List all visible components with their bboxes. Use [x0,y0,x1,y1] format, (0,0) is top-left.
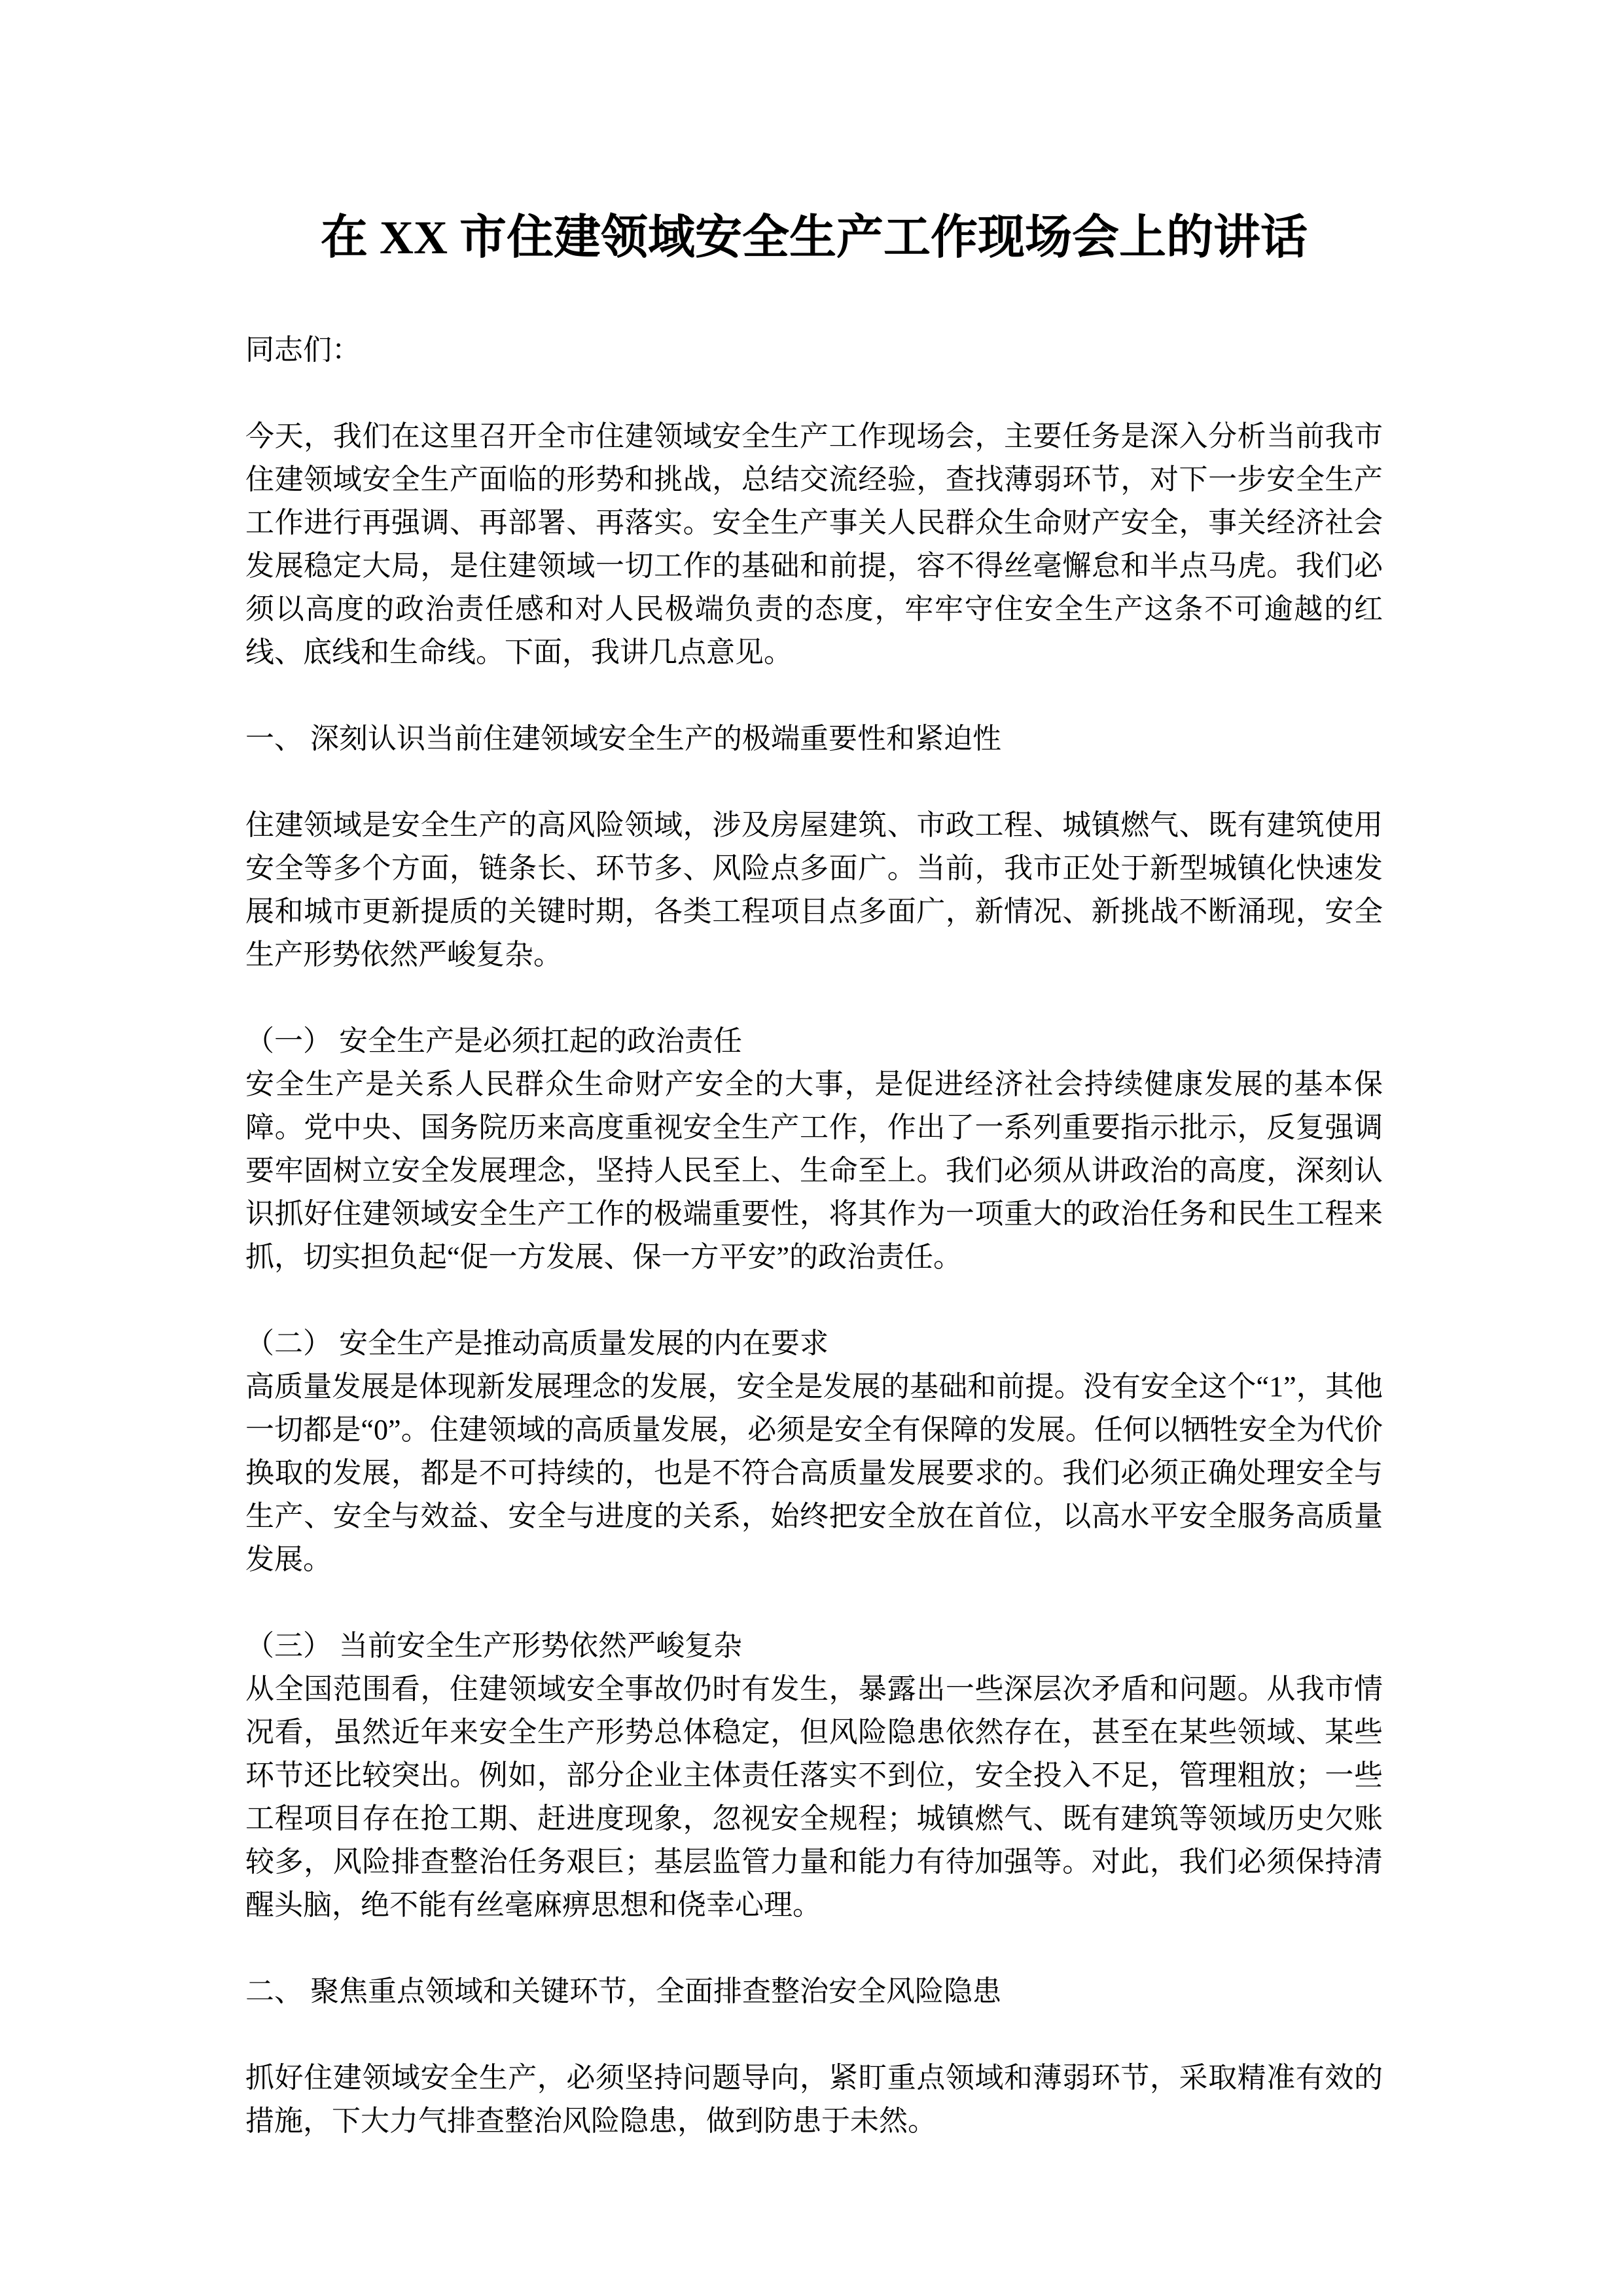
section-heading-1: 一、 深刻认识当前住建领域安全生产的极端重要性和紧迫性 [245,717,1383,761]
paragraph-1-1: 安全生产是关系人民群众生命财产安全的大事，是促进经济社会持续健康发展的基本保障。… [245,1063,1383,1279]
subsection-heading-1-3: （三） 当前安全生产形势依然严峻复杂 [245,1624,1383,1668]
subsection-heading-1-1: （一） 安全生产是必须扛起的政治责任 [245,1020,1383,1063]
paragraph-1-2: 高质量发展是体现新发展理念的发展，安全是发展的基础和前提。没有安全这个“1”，其… [245,1365,1383,1581]
document-title: 在 XX 市住建领域安全生产工作现场会上的讲话 [245,202,1383,274]
paragraph-opening: 今天，我们在这里召开全市住建领域安全生产工作现场会，主要任务是深入分析当前我市住… [245,415,1383,674]
document-page: 在 XX 市住建领域安全生产工作现场会上的讲话 同志们： 今天，我们在这里召开全… [0,0,1623,2296]
section-heading-2: 二、 聚焦重点领域和关键环节，全面排查整治安全风险隐患 [245,1970,1383,2013]
paragraph-section-2-intro: 抓好住建领域安全生产，必须坚持问题导向，紧盯重点领域和薄弱环节，采取精准有效的措… [245,2056,1383,2143]
subsection-heading-1-2: （二） 安全生产是推动高质量发展的内在要求 [245,1322,1383,1365]
salutation: 同志们： [245,329,1383,372]
paragraph-1-3: 从全国范围看，住建领域安全事故仍时有发生，暴露出一些深层次矛盾和问题。从我市情况… [245,1668,1383,1927]
paragraph-section-1-intro: 住建领域是安全生产的高风险领域，涉及房屋建筑、市政工程、城镇燃气、既有建筑使用安… [245,804,1383,977]
